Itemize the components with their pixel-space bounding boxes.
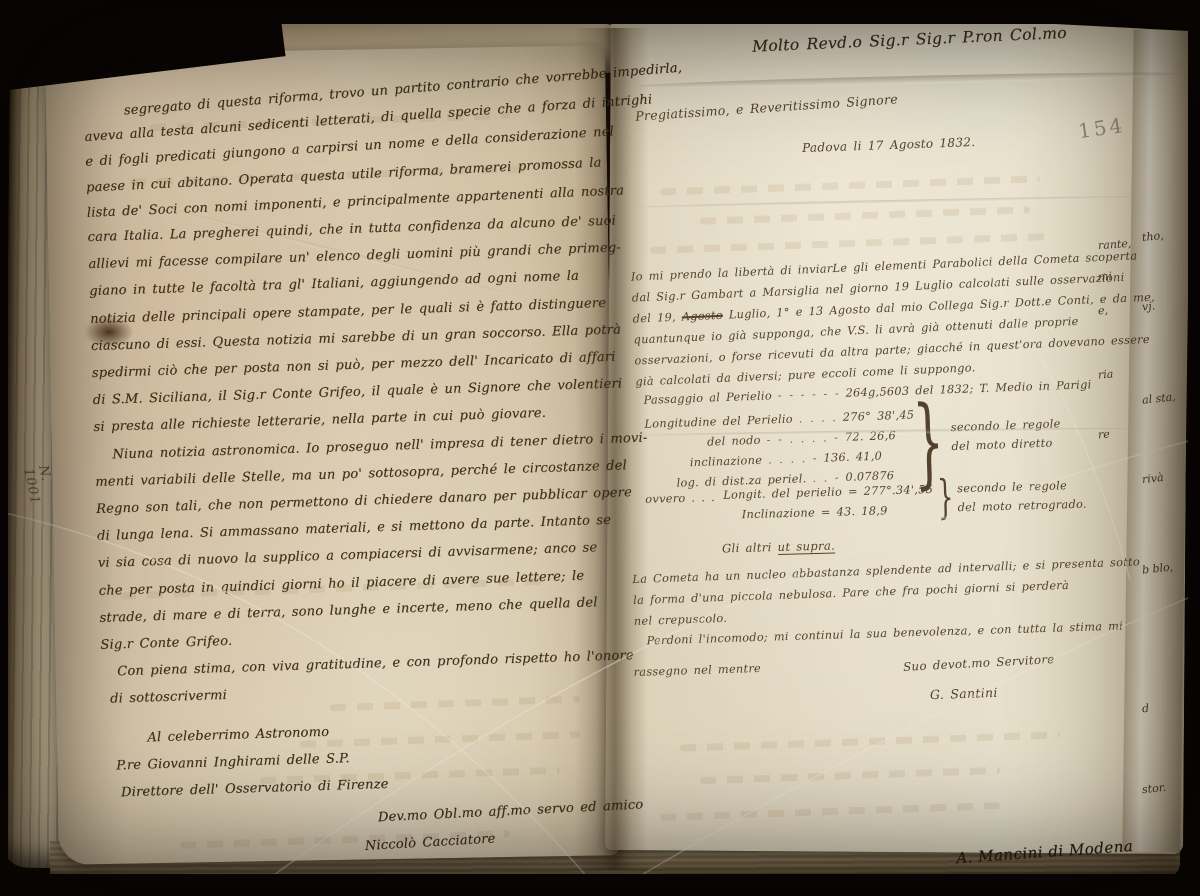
text-fragment: vj. bbox=[1141, 299, 1155, 313]
element-label: inclinazione bbox=[690, 454, 763, 470]
ink-blot bbox=[84, 316, 134, 348]
element-value: 72. 26,6 bbox=[845, 429, 897, 444]
element-label: Passaggio al Perielio bbox=[643, 389, 772, 406]
text-fragment: re bbox=[1098, 428, 1111, 442]
text-fragment: d bbox=[1141, 702, 1149, 716]
text-fragment: al sta, bbox=[1141, 390, 1176, 406]
book-gutter-shadow bbox=[574, 28, 648, 870]
element-label: del nodo bbox=[707, 434, 761, 449]
photo-black-border bbox=[0, 0, 8, 896]
dot-leader: - - - - - - bbox=[778, 387, 840, 402]
text-fragment: e, bbox=[1098, 304, 1109, 318]
underlined-text: ut supra. bbox=[777, 539, 835, 556]
element-label: Longitudine del Perielio bbox=[644, 413, 793, 431]
dot-leader: . . . . - bbox=[768, 452, 818, 467]
others-as-above-line: Gli altri ut supra. bbox=[722, 539, 835, 556]
left-page-letter: segregato di questa riforma, trovo un pa… bbox=[83, 72, 615, 865]
element-value: 276° 38',45 bbox=[843, 408, 915, 423]
line-text: Gli altri bbox=[722, 540, 778, 555]
text-fragment: rante, bbox=[1098, 237, 1132, 252]
text-fragment: mi bbox=[1098, 270, 1113, 284]
text-fragment: ria bbox=[1098, 367, 1114, 381]
letter-paragraph-1: Io mi prendo la libertà di inviarLe gli … bbox=[631, 245, 1141, 392]
element-value: 136. 41,0 bbox=[823, 450, 882, 465]
grouping-brace: } bbox=[937, 473, 955, 519]
alternative-prefix: ovvero . . . bbox=[645, 488, 715, 510]
text-fragment: b blo, bbox=[1141, 560, 1173, 576]
photo-black-border bbox=[0, 0, 1200, 24]
photo-black-border bbox=[0, 874, 1200, 896]
dot-leader: - - . . . . - bbox=[766, 431, 839, 447]
letter-signature: G. Santini bbox=[930, 685, 998, 702]
cut-line-endings: rante,mie,riare bbox=[1098, 0, 1132, 896]
text-fragment: rivà bbox=[1141, 471, 1164, 486]
photo-black-border bbox=[1188, 0, 1200, 896]
struck-word: Agosto bbox=[682, 309, 724, 324]
text-fragment: stor. bbox=[1141, 781, 1166, 796]
dot-leader: . . . . bbox=[799, 411, 838, 425]
manuscript-photo: N. 1001 segregato di questa riforma, tro… bbox=[0, 0, 1200, 896]
text-fragment: tho, bbox=[1141, 229, 1164, 244]
edge-strip-fragments: tho,vj.al sta,rivàb blo,dstor. bbox=[1142, 0, 1188, 896]
